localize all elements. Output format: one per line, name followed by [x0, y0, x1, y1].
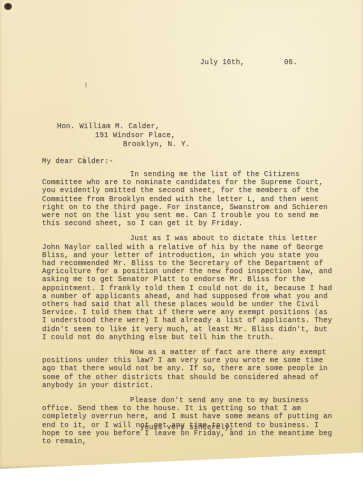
body-paragraph: Now as a matter of fact are there any ex…: [42, 349, 333, 390]
date: July 16th,: [200, 59, 245, 67]
recipient-name: Hon. William M. Calder,: [57, 123, 160, 131]
ink-blot: [4, 3, 12, 10]
salutation: My dear Calder:-: [42, 158, 113, 166]
body-paragraph: Please don't send any one to my business…: [42, 397, 333, 446]
body-paragraph: Just as I was about to dictate this lett…: [42, 235, 333, 342]
body-paragraph: In sending me the list of the Citizens C…: [42, 171, 333, 228]
letter-page: July 16th, 06. Hon. William M. Calder, 1…: [0, 0, 363, 469]
recipient-street: 191 Windsor Place,: [95, 132, 175, 140]
letter-body: In sending me the list of the Citizens C…: [42, 171, 333, 453]
recipient-city: Brooklyn, N. Y.: [123, 141, 190, 149]
closing: yours very sincerely,: [140, 424, 234, 432]
paper-speck: [85, 82, 87, 88]
scan-background: July 16th, 06. Hon. William M. Calder, 1…: [0, 0, 363, 500]
corner-number: 06.: [284, 59, 297, 67]
